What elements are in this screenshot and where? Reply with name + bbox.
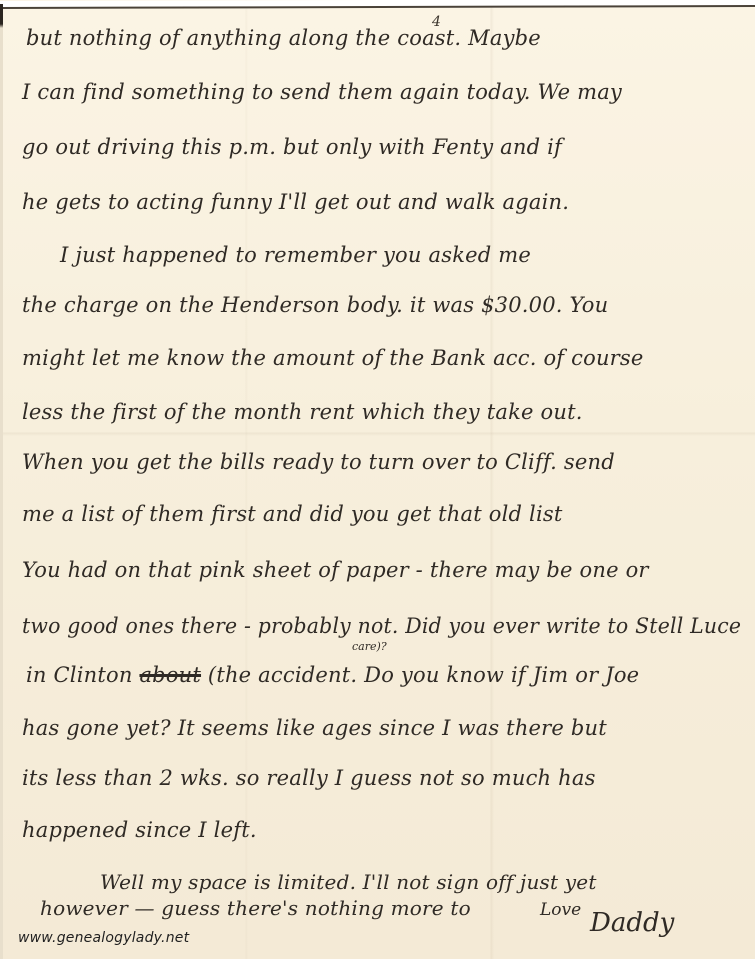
letter-line-6: the charge on the Henderson body. it was…: [22, 293, 608, 317]
letter-line-9: When you get the bills ready to turn ove…: [22, 450, 615, 474]
letter-line-16: happened since I left.: [22, 818, 257, 842]
letter-line-3: go out driving this p.m. but only with F…: [22, 135, 562, 159]
letter-line-13: in Clinton about (the accident. Do you k…: [26, 663, 639, 687]
signature: Daddy: [590, 908, 674, 938]
struck-word: about: [139, 663, 201, 687]
paper-top-edge: [0, 0, 755, 9]
inserted-care-note: care)?: [352, 640, 387, 653]
letter-line-4: he gets to acting funny I'll get out and…: [22, 190, 569, 214]
letter-line-17-paragraph-start: Well my space is limited. I'll not sign …: [100, 870, 597, 894]
letter-line-15: its less than 2 wks. so really I guess n…: [22, 766, 596, 790]
letter-line-5-paragraph-start: I just happened to remember you asked me: [60, 243, 531, 267]
letter-line-7: might let me know the amount of the Bank…: [22, 346, 644, 370]
letter-line-10: me a list of them first and did you get …: [22, 502, 562, 526]
question-continuation: Do you know if Jim or Joe: [364, 663, 639, 687]
place-clinton: in Clinton: [26, 663, 133, 687]
letter-page: 4 but nothing of anything along the coas…: [0, 0, 755, 959]
letter-line-1: but nothing of anything along the coast.…: [26, 26, 541, 50]
closing-love: Love: [540, 900, 581, 920]
accident-paren: (the accident.: [208, 663, 357, 687]
paper-left-edge: [0, 4, 3, 959]
letter-line-11: You had on that pink sheet of paper - th…: [22, 558, 649, 582]
letter-line-2: I can find something to send them again …: [22, 80, 622, 104]
letter-line-12: two good ones there - probably not. Did …: [22, 614, 741, 638]
watermark: www.genealogylady.net: [18, 930, 189, 946]
letter-line-14: has gone yet? It seems like ages since I…: [22, 716, 607, 740]
letter-line-8: less the first of the month rent which t…: [22, 400, 583, 424]
letter-line-18: however — guess there's nothing more to: [40, 896, 471, 920]
